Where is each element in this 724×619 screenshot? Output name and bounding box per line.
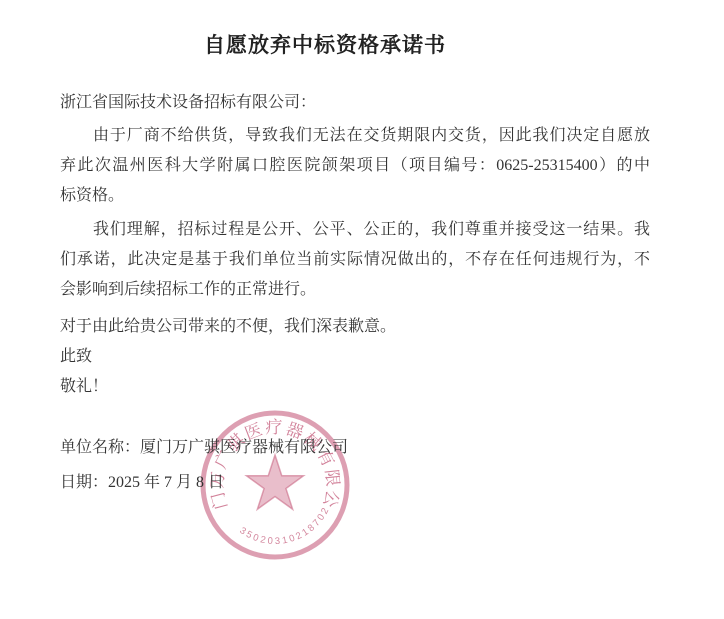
seal-bottom-arc-path (241, 510, 328, 544)
seal-serial-number: 35020310218702 (237, 504, 332, 547)
closing-jingli: 敬礼！ (60, 372, 650, 402)
salutation-line: 浙江省国际技术设备招标有限公司： (60, 88, 650, 118)
paragraph1-line1: 由于厂商不给供货，导致我们无法在交货期限内交货，因此我们决定自愿放 (60, 121, 650, 151)
document-title: 自愿放弃中标资格承诺书 (0, 30, 650, 62)
paragraph1-line2: 弃此次温州医科大学附属口腔医院颌架项目（项目编号：0625-25315400）的… (60, 151, 650, 181)
signature-unit-line: 单位名称：厦门万广骐医疗器械有限公司 (60, 433, 650, 463)
signature-date-line: 日期：2025 年 7 月 8 日 (60, 468, 650, 498)
paragraph2-line2: 们承诺，此决定是基于我们单位当前实际情况做出的，不存在任何违规行为，不 (60, 245, 650, 275)
scanned-letter-page: 自愿放弃中标资格承诺书 浙江省国际技术设备招标有限公司： 由于厂商不给供货，导致… (0, 0, 724, 619)
letter-body: 浙江省国际技术设备招标有限公司： 由于厂商不给供货，导致我们无法在交货期限内交货… (0, 88, 650, 498)
paragraph2-line1: 我们理解，招标过程是公开、公平、公正的，我们尊重并接受这一结果。我 (60, 215, 650, 245)
closing-zhici: 此致 (60, 342, 650, 372)
paragraph2-line3: 会影响到后续招标工作的正常进行。 (60, 275, 650, 305)
apology-line: 对于由此给贵公司带来的不便，我们深表歉意。 (60, 312, 650, 342)
paragraph1-line3: 标资格。 (60, 181, 650, 211)
